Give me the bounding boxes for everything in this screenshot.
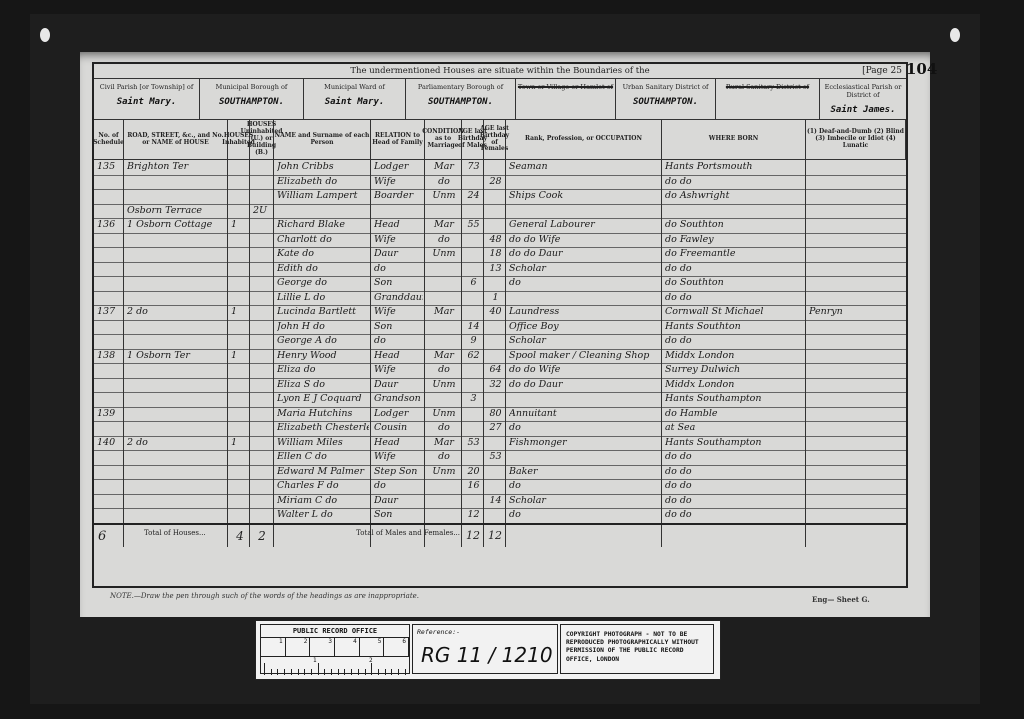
cell-uninhab <box>253 494 272 509</box>
cell-relation: Wife <box>374 363 423 378</box>
district-label: Municipal Ward of <box>324 83 385 91</box>
cell-infirm <box>809 276 904 291</box>
district-label: Urban Sanitary District of <box>623 83 709 91</box>
cell-sched <box>97 378 122 393</box>
cell-sched <box>97 479 122 494</box>
cell-address <box>127 378 226 393</box>
table-row: William LampertBoarderUnm24Ships Cookdo … <box>94 189 906 205</box>
cell-condition <box>428 494 460 509</box>
cell-female: 27 <box>487 421 504 436</box>
cell-uninhab <box>253 291 272 306</box>
cell-born: do do <box>665 175 804 190</box>
table-row: 139Maria HutchinsLodgerUnm80Annuitantdo … <box>94 407 906 423</box>
cell-infirm <box>809 247 904 262</box>
cell-name: William Miles <box>277 436 369 451</box>
table-row: 135Brighton TerJohn CribbsLodgerMar73Sea… <box>94 160 906 176</box>
ruler-cm: 123456 <box>261 638 409 657</box>
cell-infirm <box>809 421 904 436</box>
cell-condition <box>428 392 460 407</box>
mount-pin <box>950 28 960 42</box>
cell-male <box>465 204 482 219</box>
cell-born: do do <box>665 291 804 306</box>
ruler-mark: 4 <box>335 638 360 656</box>
cell-male: 20 <box>465 465 482 480</box>
column-header: AGE last Birthday of Females <box>484 120 506 160</box>
district-field: Parliamentary Borough ofSOUTHAMPTON. <box>406 79 516 119</box>
table-row: Lillie L doGranddaur1do do <box>94 291 906 307</box>
cell-sched: 139 <box>97 407 122 422</box>
cell-born: Hants Portsmouth <box>665 160 804 175</box>
cell-male <box>465 494 482 509</box>
cell-uninhab <box>253 407 272 422</box>
cell-relation: Wife <box>374 233 423 248</box>
column-rule <box>249 160 250 547</box>
cell-address: 2 do <box>127 305 226 320</box>
cell-occupation: do do Daur <box>509 378 660 393</box>
cell-occupation: Baker <box>509 465 660 480</box>
cell-male <box>465 175 482 190</box>
cell-address <box>127 407 226 422</box>
district-label: Civil Parish [or Township] of <box>100 83 193 91</box>
cell-condition: do <box>428 233 460 248</box>
cell-address: Brighton Ter <box>127 160 226 175</box>
cell-female: 28 <box>487 175 504 190</box>
ruler-tick <box>338 669 339 675</box>
ruler-mark: 2 <box>286 638 311 656</box>
ruler-tick <box>264 663 265 675</box>
cell-address <box>127 363 226 378</box>
cell-name: Edith do <box>277 262 369 277</box>
cell-occupation: do do Wife <box>509 233 660 248</box>
table-row: Edith dodo13Scholardo do <box>94 262 906 278</box>
cell-female <box>487 218 504 233</box>
cell-name: George do <box>277 276 369 291</box>
cell-female: 13 <box>487 262 504 277</box>
cell-relation: do <box>374 479 423 494</box>
total-males: 12 <box>462 529 484 542</box>
cell-condition: Mar <box>428 349 460 364</box>
cell-infirm <box>809 189 904 204</box>
cell-occupation: Scholar <box>509 262 660 277</box>
cell-sched: 136 <box>97 218 122 233</box>
district-value: Saint Mary. <box>94 97 199 107</box>
cell-inhab <box>231 175 248 190</box>
district-strip: Civil Parish [or Township] ofSaint Mary.… <box>94 79 906 120</box>
cell-condition: Mar <box>428 436 460 451</box>
archive-label: PUBLIC RECORD OFFICE 123456 12 Reference… <box>255 620 721 680</box>
cell-born: Cornwall St Michael <box>665 305 804 320</box>
cell-address <box>127 233 226 248</box>
cell-uninhab <box>253 305 272 320</box>
cell-address <box>127 450 226 465</box>
cell-condition: Unm <box>428 189 460 204</box>
cell-address <box>127 175 226 190</box>
column-rule <box>661 160 662 547</box>
table-row: Elizabeth ChesterleyCousindo27doat Sea <box>94 421 906 437</box>
cell-relation: Step Son <box>374 465 423 480</box>
cell-male: 6 <box>465 276 482 291</box>
cell-uninhab <box>253 421 272 436</box>
ruler-tick <box>351 669 352 675</box>
cell-name: Maria Hutchins <box>277 407 369 422</box>
cell-condition <box>428 262 460 277</box>
table-row: Ellen C doWifedo53do do <box>94 450 906 466</box>
cell-relation: Head <box>374 436 423 451</box>
cell-female: 32 <box>487 378 504 393</box>
census-frame: The undermentioned Houses are situate wi… <box>92 62 908 588</box>
cell-male: 12 <box>465 508 482 523</box>
cell-born: at Sea <box>665 421 804 436</box>
cell-name: William Lampert <box>277 189 369 204</box>
cell-relation: Grandson <box>374 392 423 407</box>
cell-uninhab <box>253 320 272 335</box>
cell-female <box>487 392 504 407</box>
cell-condition <box>428 204 460 219</box>
cell-born: do do <box>665 465 804 480</box>
cell-address <box>127 479 226 494</box>
cell-female: 48 <box>487 233 504 248</box>
cell-inhab <box>231 291 248 306</box>
table-row: Osborn Terrace2U <box>94 204 906 220</box>
total-females: 12 <box>484 529 506 542</box>
cell-uninhab <box>253 392 272 407</box>
cell-occupation: Fishmonger <box>509 436 660 451</box>
table-row: George A dodo9Scholardo do <box>94 334 906 350</box>
district-label: Ecclesiastical Parish or District of <box>825 83 902 99</box>
cell-male: 14 <box>465 320 482 335</box>
cell-uninhab <box>253 436 272 451</box>
cell-name: Edward M Palmer <box>277 465 369 480</box>
cell-relation: Wife <box>374 450 423 465</box>
column-rule <box>424 160 425 547</box>
district-value: SOUTHAMPTON. <box>406 97 515 107</box>
cell-inhab <box>231 479 248 494</box>
cell-address: 2 do <box>127 436 226 451</box>
column-rule <box>227 160 228 547</box>
cell-occupation: do <box>509 421 660 436</box>
cell-sched <box>97 233 122 248</box>
cell-occupation: Seaman <box>509 160 660 175</box>
cell-infirm <box>809 204 904 219</box>
cell-name: Henry Wood <box>277 349 369 364</box>
cell-female <box>487 508 504 523</box>
cell-sched <box>97 276 122 291</box>
cell-inhab <box>231 189 248 204</box>
ruler-tick <box>358 669 359 675</box>
cell-born: do do <box>665 479 804 494</box>
cell-inhab: 1 <box>231 349 248 364</box>
cell-uninhab <box>253 247 272 262</box>
cell-condition <box>428 334 460 349</box>
district-field: Ecclesiastical Parish or District ofSain… <box>820 79 906 119</box>
cell-condition: Mar <box>428 305 460 320</box>
cell-uninhab <box>253 262 272 277</box>
cell-male <box>465 450 482 465</box>
cell-name: Eliza S do <box>277 378 369 393</box>
cell-name: Ellen C do <box>277 450 369 465</box>
ruler-tick <box>398 669 399 675</box>
cell-inhab <box>231 465 248 480</box>
cell-occupation <box>509 204 660 219</box>
cell-inhab <box>231 494 248 509</box>
cell-born: Middx London <box>665 378 804 393</box>
cell-sched <box>97 392 122 407</box>
cell-relation: Son <box>374 508 423 523</box>
cell-uninhab <box>253 479 272 494</box>
cell-occupation <box>509 175 660 190</box>
cell-male: 9 <box>465 334 482 349</box>
table-row: 1361 Osborn Cottage1Richard BlakeHeadMar… <box>94 218 906 234</box>
cell-inhab <box>231 262 248 277</box>
cell-infirm <box>809 378 904 393</box>
cell-relation: Granddaur <box>374 291 423 306</box>
reference-label: Reference:- <box>413 625 557 639</box>
table-row: Lyon E J CoquardGrandson3Hants Southampt… <box>94 392 906 408</box>
cell-address <box>127 421 226 436</box>
cell-infirm <box>809 479 904 494</box>
cell-name: Miriam C do <box>277 494 369 509</box>
cell-inhab <box>231 407 248 422</box>
cell-occupation: General Labourer <box>509 218 660 233</box>
cell-relation: Daur <box>374 247 423 262</box>
cell-inhab <box>231 247 248 262</box>
cell-female <box>487 204 504 219</box>
cell-relation: Wife <box>374 305 423 320</box>
header-text: The undermentioned Houses are situate wi… <box>350 66 649 76</box>
cell-occupation: do <box>509 508 660 523</box>
cell-occupation: Office Boy <box>509 320 660 335</box>
cell-female <box>487 436 504 451</box>
cell-female: 18 <box>487 247 504 262</box>
cell-condition: do <box>428 363 460 378</box>
ruler-tick <box>324 669 325 675</box>
table-row: Elizabeth doWifedo28do do <box>94 175 906 191</box>
cell-condition: Unm <box>428 465 460 480</box>
ruler-inch-mark: 1 <box>313 657 317 664</box>
cell-infirm <box>809 436 904 451</box>
table-row: John H doSon14Office BoyHants Southton <box>94 320 906 336</box>
column-rule <box>483 160 484 547</box>
cell-sched <box>97 262 122 277</box>
cell-address <box>127 465 226 480</box>
district-label: Parliamentary Borough of <box>418 83 503 91</box>
table-row: Walter L doSon12dodo do <box>94 508 906 524</box>
cell-born: Hants Southampton <box>665 436 804 451</box>
cell-address <box>127 262 226 277</box>
ruler-tick <box>284 669 285 675</box>
ruler-tick <box>344 669 345 675</box>
column-header: Rank, Profession, or OCCUPATION <box>506 120 662 160</box>
cell-inhab <box>231 508 248 523</box>
cell-born: do Southton <box>665 276 804 291</box>
folio-number: 104 <box>906 60 937 78</box>
cell-inhab <box>231 363 248 378</box>
cell-relation: Cousin <box>374 421 423 436</box>
district-field: Urban Sanitary District ofSOUTHAMPTON. <box>616 79 716 119</box>
cell-male: 62 <box>465 349 482 364</box>
district-label: Town or Village or Hamlet of <box>518 83 613 91</box>
cell-sched <box>97 247 122 262</box>
cell-uninhab: 2U <box>253 204 272 219</box>
cell-uninhab <box>253 160 272 175</box>
cell-name: Elizabeth do <box>277 175 369 190</box>
cell-address <box>127 494 226 509</box>
cell-uninhab <box>253 465 272 480</box>
table-row: 1372 do1Lucinda BartlettWifeMar40Laundre… <box>94 305 906 321</box>
cell-uninhab <box>253 450 272 465</box>
cell-address: Osborn Terrace <box>127 204 226 219</box>
cell-relation: Lodger <box>374 160 423 175</box>
reference-box: Reference:- RG 11 / 1210 <box>412 624 558 674</box>
column-rule <box>370 160 371 547</box>
cell-occupation: Annuitant <box>509 407 660 422</box>
cell-inhab <box>231 204 248 219</box>
district-label: Rural Sanitary District of <box>726 83 809 91</box>
cell-female <box>487 276 504 291</box>
cell-name: Lyon E J Coquard <box>277 392 369 407</box>
total-inhabited: 4 <box>231 529 249 543</box>
column-rule <box>805 160 806 547</box>
cell-relation: Daur <box>374 494 423 509</box>
cell-occupation: Scholar <box>509 334 660 349</box>
cell-male <box>465 305 482 320</box>
cell-sched <box>97 291 122 306</box>
cell-female: 1 <box>487 291 504 306</box>
table-row: Edward M PalmerStep SonUnm20Bakerdo do <box>94 465 906 481</box>
table-row: Charlott doWifedo48do do Wifedo Fawley <box>94 233 906 249</box>
cell-occupation: Spool maker / Cleaning Shop <box>509 349 660 364</box>
cell-uninhab <box>253 175 272 190</box>
cell-born: Middx London <box>665 349 804 364</box>
cell-name: George A do <box>277 334 369 349</box>
cell-infirm <box>809 233 904 248</box>
cell-name: Eliza do <box>277 363 369 378</box>
ruler-box: PUBLIC RECORD OFFICE 123456 12 <box>260 624 410 674</box>
total-houses-label: Total of Houses... <box>144 529 228 537</box>
ruler-tick <box>291 669 292 675</box>
cell-inhab <box>231 276 248 291</box>
cell-condition <box>428 291 460 306</box>
cell-sched: 135 <box>97 160 122 175</box>
cell-uninhab <box>253 508 272 523</box>
cell-infirm <box>809 508 904 523</box>
cell-condition: Unm <box>428 247 460 262</box>
table-row: 1381 Osborn Ter1Henry WoodHeadMar62Spool… <box>94 349 906 365</box>
ruler-inch-mark: 2 <box>369 657 373 664</box>
total-persons-label: Total of Males and Females... <box>344 529 460 537</box>
cell-occupation: Laundress <box>509 305 660 320</box>
cell-name: Charlott do <box>277 233 369 248</box>
cell-sched <box>97 175 122 190</box>
cell-sched: 138 <box>97 349 122 364</box>
cell-inhab <box>231 450 248 465</box>
district-field: Municipal Ward ofSaint Mary. <box>304 79 406 119</box>
cell-sched <box>97 494 122 509</box>
cell-sched <box>97 450 122 465</box>
ruler-mark: 5 <box>360 638 385 656</box>
cell-infirm <box>809 175 904 190</box>
cell-female <box>487 465 504 480</box>
cell-infirm <box>809 262 904 277</box>
cell-inhab: 1 <box>231 436 248 451</box>
total-schedules-mark: 6 <box>98 529 118 544</box>
cell-infirm: Penryn <box>809 305 904 320</box>
cell-occupation: do <box>509 276 660 291</box>
table-row: Miriam C doDaur14Scholardo do <box>94 494 906 510</box>
cell-condition: do <box>428 450 460 465</box>
cell-name: Lillie L do <box>277 291 369 306</box>
cell-female <box>487 349 504 364</box>
cell-infirm <box>809 392 904 407</box>
column-rule <box>505 160 506 547</box>
district-label: Municipal Borough of <box>216 83 288 91</box>
column-header: WHERE BORN <box>662 120 806 160</box>
cell-name: Lucinda Bartlett <box>277 305 369 320</box>
column-header: HOUSES Uninhabited (U.) or Building (B.) <box>250 120 274 160</box>
ruler-mark: 1 <box>261 638 286 656</box>
cell-born: do Ashwright <box>665 189 804 204</box>
cell-sched <box>97 320 122 335</box>
cell-male: 55 <box>465 218 482 233</box>
ruler-inch: 12 <box>261 657 409 675</box>
cell-relation <box>374 204 423 219</box>
cell-occupation <box>509 392 660 407</box>
cell-male <box>465 247 482 262</box>
cell-address <box>127 291 226 306</box>
ruler-tick <box>318 663 319 675</box>
cell-born: Surrey Dulwich <box>665 363 804 378</box>
cell-female: 53 <box>487 450 504 465</box>
cell-inhab: 1 <box>231 218 248 233</box>
cell-male <box>465 262 482 277</box>
cell-born: do do <box>665 508 804 523</box>
cell-name: Kate do <box>277 247 369 262</box>
column-rule <box>461 160 462 547</box>
cell-infirm <box>809 291 904 306</box>
cell-female: 14 <box>487 494 504 509</box>
total-uninhabited: 2 <box>253 529 271 543</box>
cell-address <box>127 392 226 407</box>
ruler-tick <box>365 669 366 675</box>
district-field: Town or Village or Hamlet of <box>516 79 616 119</box>
cell-sched <box>97 189 122 204</box>
cell-born <box>665 204 804 219</box>
cell-uninhab <box>253 276 272 291</box>
cell-name: John H do <box>277 320 369 335</box>
ruler-tick <box>391 669 392 675</box>
cell-address <box>127 320 226 335</box>
cell-born: Hants Southton <box>665 320 804 335</box>
cell-uninhab <box>253 363 272 378</box>
cell-occupation <box>509 450 660 465</box>
cell-relation: Boarder <box>374 189 423 204</box>
cell-female: 64 <box>487 363 504 378</box>
cell-female <box>487 160 504 175</box>
cell-name: Elizabeth Chesterley <box>277 421 369 436</box>
cell-condition <box>428 276 460 291</box>
column-header: No. of Schedule <box>94 120 124 160</box>
cell-inhab <box>231 334 248 349</box>
ruler-tick <box>277 669 278 675</box>
cell-uninhab <box>253 233 272 248</box>
district-field: Municipal Borough ofSOUTHAMPTON. <box>200 79 304 119</box>
cell-born: Hants Southampton <box>665 392 804 407</box>
cell-inhab <box>231 233 248 248</box>
cell-sched <box>97 508 122 523</box>
ruler-tick <box>378 669 379 675</box>
cell-infirm <box>809 363 904 378</box>
cell-born: do do <box>665 450 804 465</box>
